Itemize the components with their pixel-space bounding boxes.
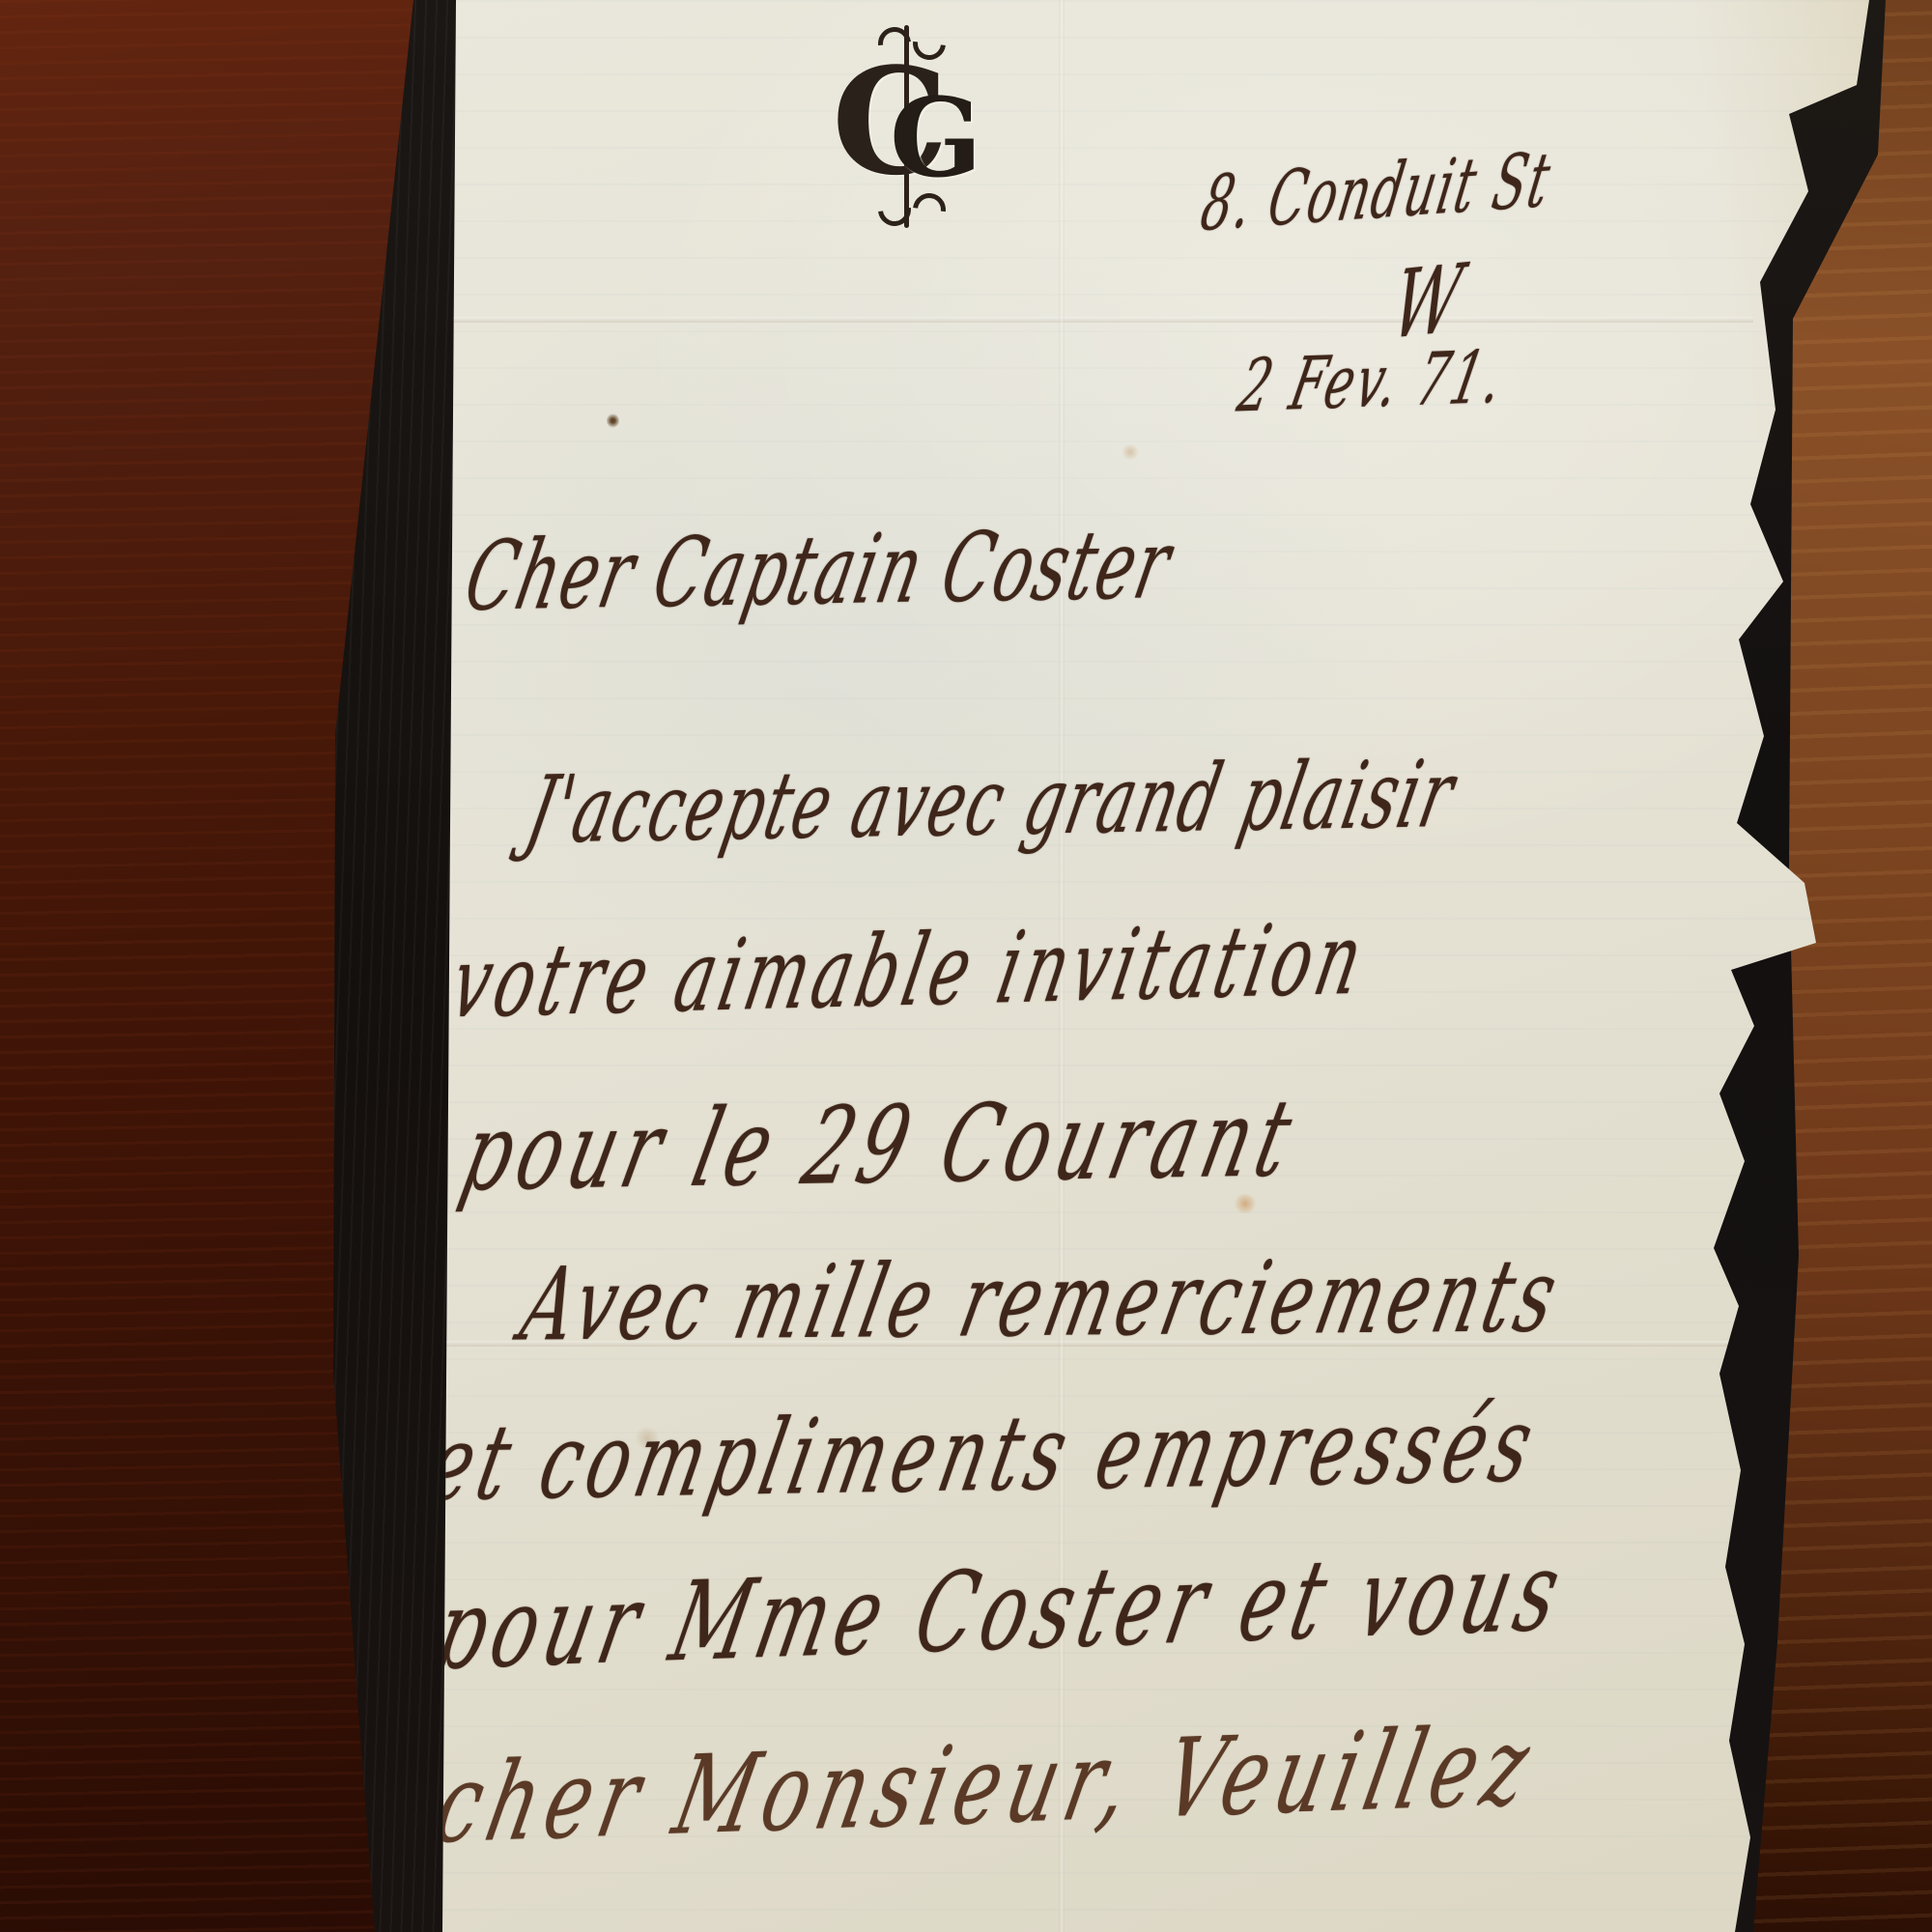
salutation-line: Cher Captain Coster: [458, 517, 1179, 625]
fold-crease-top: [440, 317, 1753, 323]
embossed-monogram: C G: [836, 29, 980, 234]
body-line: et compliments empressés: [420, 1393, 1547, 1517]
letter-photograph: C G 8. Conduit St W 2 Fev. 71. Cher Capt…: [0, 0, 1932, 1932]
foxing-spot: [607, 413, 619, 428]
body-line: Avec mille remerciements: [514, 1245, 1570, 1355]
body-line: pour Mme Coster et vous: [427, 1537, 1575, 1687]
date-line: 2 Fev. 71.: [1233, 340, 1512, 422]
body-line: pour le 29 Courant: [453, 1085, 1307, 1207]
body-line: J'accepte avec grand plaisir: [520, 749, 1463, 858]
foxing-spot: [1121, 444, 1140, 460]
body-line: votre aimable invitation: [443, 911, 1374, 1034]
address-line-street: 8. Conduit St: [1196, 142, 1557, 242]
monogram-letter-g: G: [890, 85, 982, 193]
body-line: cher Monsieur, Veuillez: [427, 1712, 1546, 1859]
